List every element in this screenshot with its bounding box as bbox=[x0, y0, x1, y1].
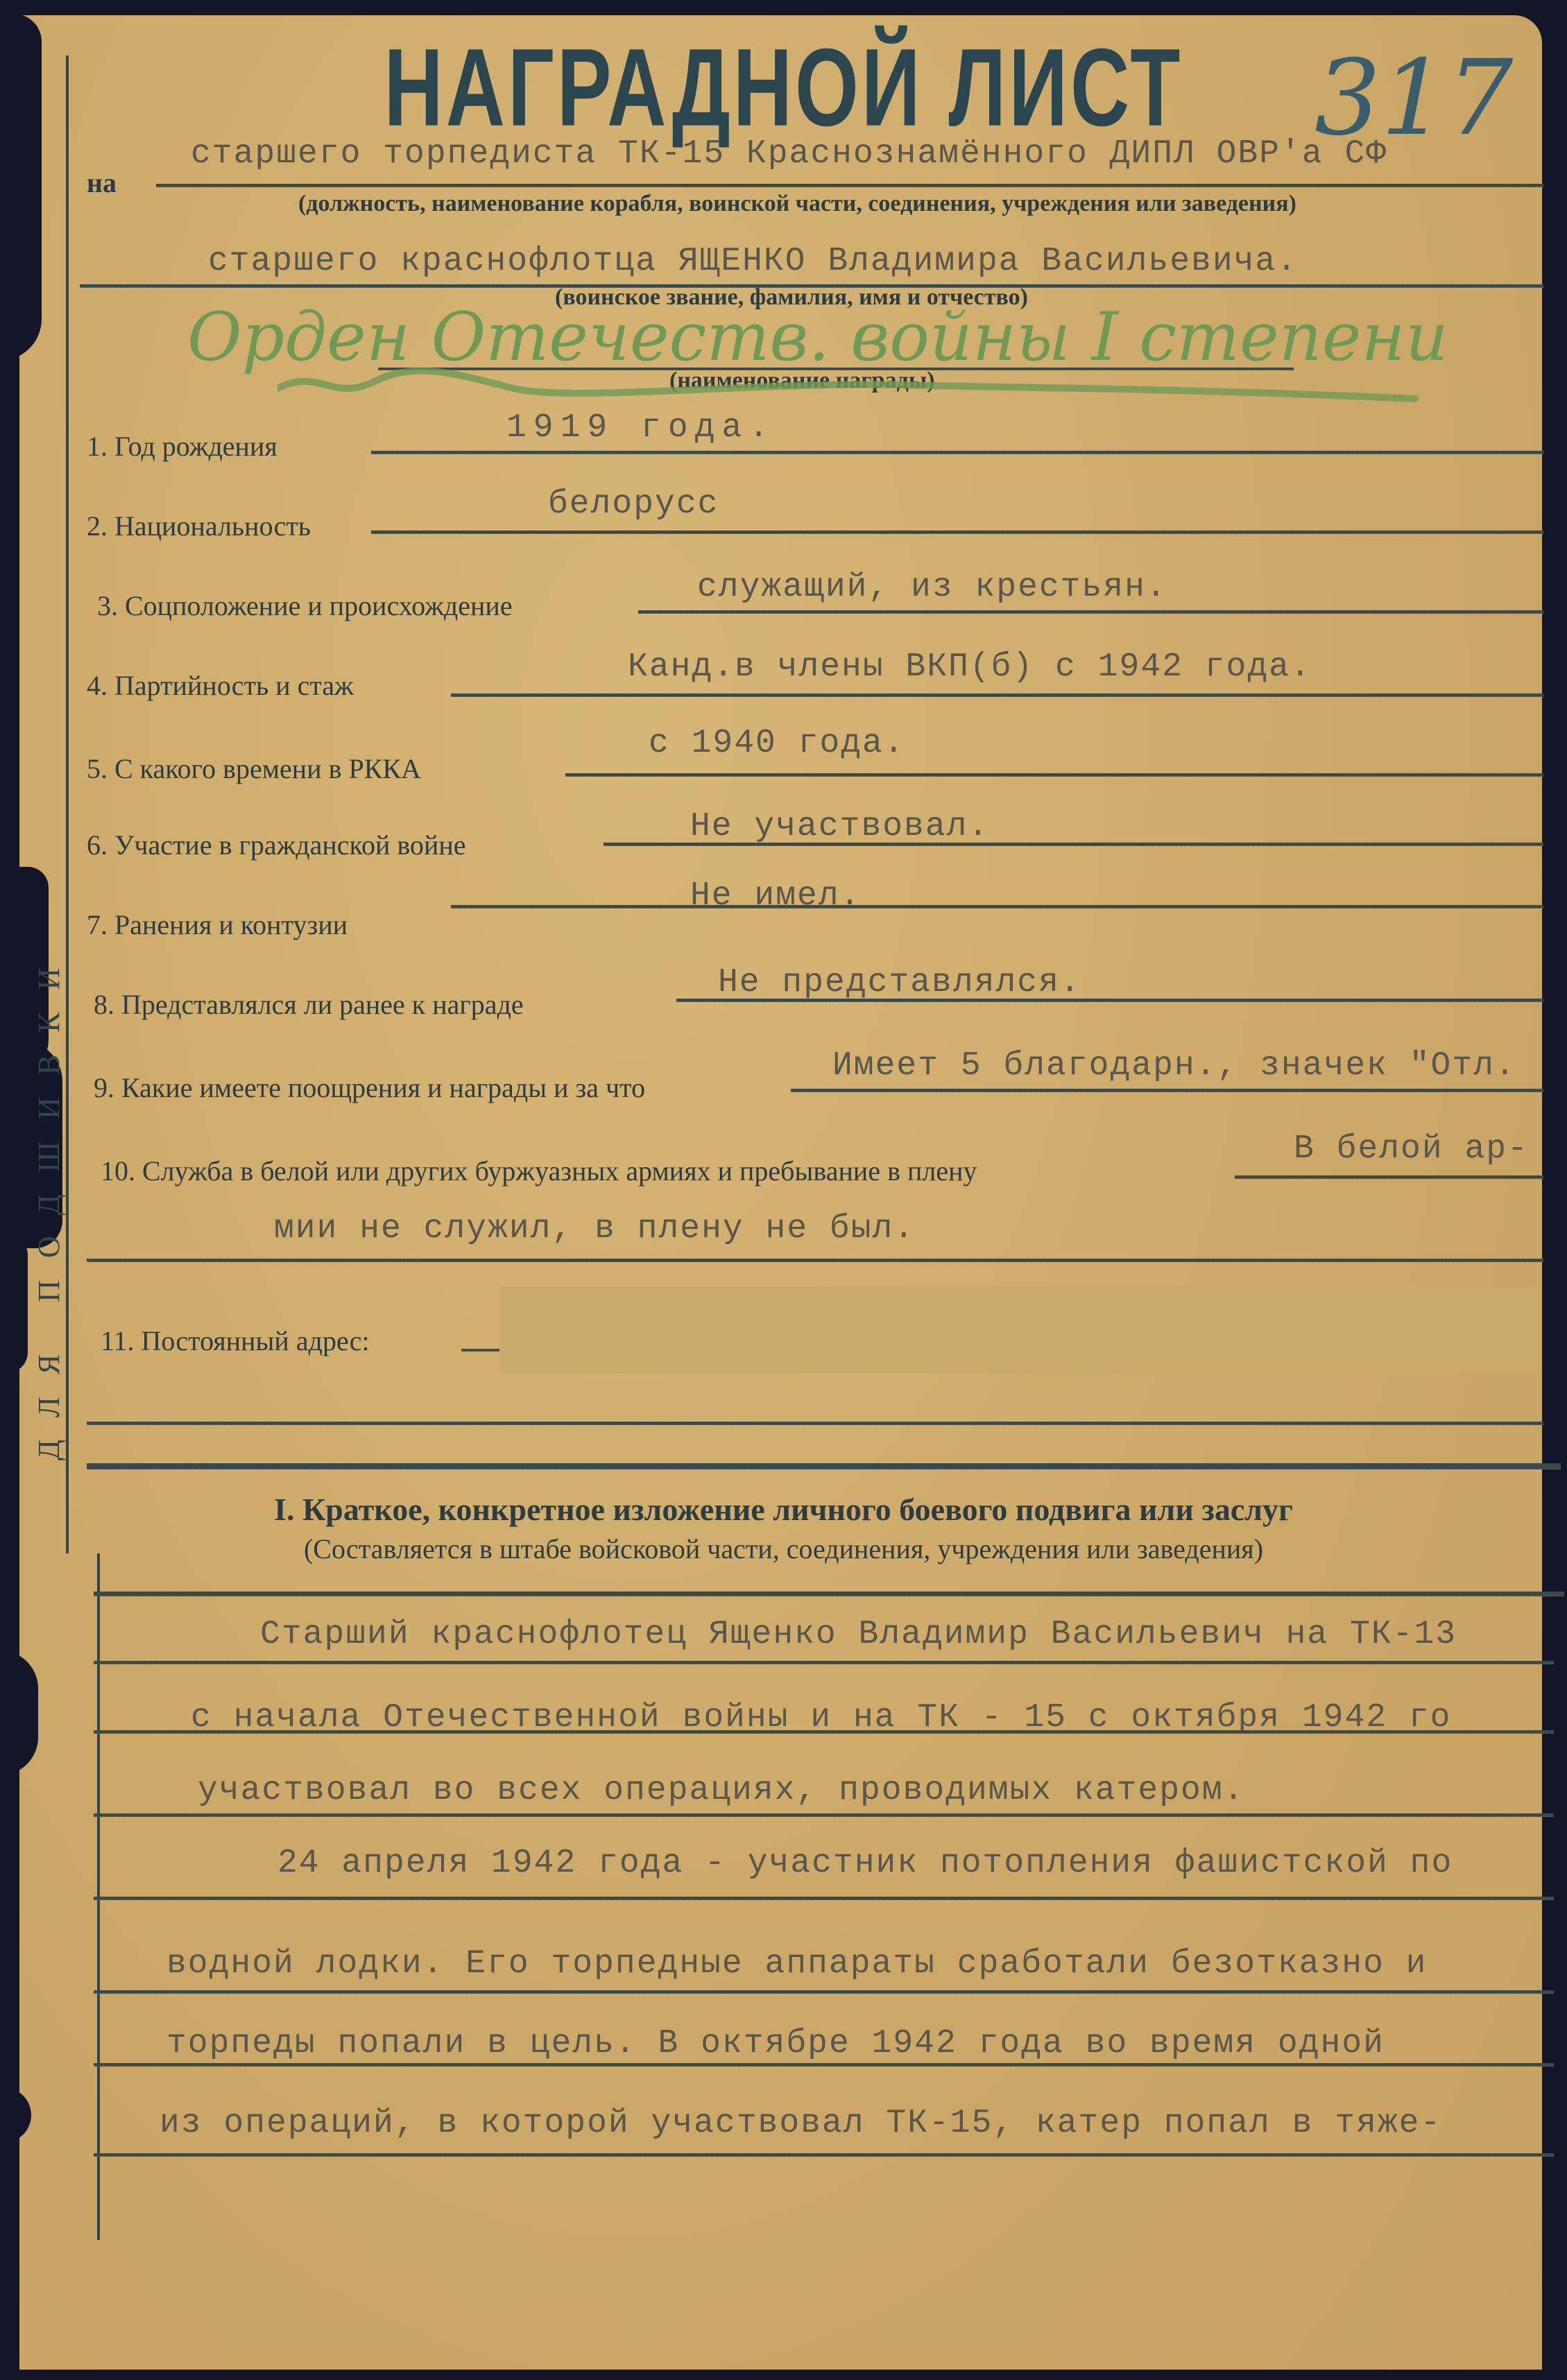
position-caption: (должность, наименование корабля, воинск… bbox=[298, 191, 1296, 217]
narrative-underline bbox=[94, 1813, 1554, 1817]
field-underline bbox=[791, 1089, 1543, 1092]
torn-edge bbox=[0, 1650, 38, 1775]
field-value-prior-awards: Имеет 5 благодарн., значек "Отл. bbox=[832, 1047, 1516, 1085]
field-label-rkka-since: 5. С какого времени в РККА bbox=[87, 752, 421, 785]
narrative-underline bbox=[94, 1897, 1554, 1900]
field-label-nationality: 2. Национальность bbox=[87, 510, 311, 542]
field-underline bbox=[87, 1422, 1543, 1425]
na-label: на bbox=[87, 166, 117, 199]
field-label-address: 11. Постоянный адрес: bbox=[101, 1325, 370, 1357]
field-underline bbox=[451, 693, 1543, 697]
binding-label: ДЛЯ ПОДШИВКИ bbox=[31, 891, 73, 1515]
field-label-social-origin: 3. Соцположение и происхождение bbox=[97, 589, 513, 622]
narrative-line: 24 апреля 1942 года - участник потоплени… bbox=[277, 1845, 1453, 1882]
section1-title: I. Краткое, конкретное изложение личного… bbox=[0, 1491, 1567, 1528]
field-label-prior-awards: 9. Какие имеете поощрения и награды и за… bbox=[94, 1071, 645, 1104]
field-underline bbox=[676, 999, 1543, 1002]
field-underline bbox=[371, 451, 1543, 454]
field-value-party: Канд.в члены ВКП(б) с 1942 года. bbox=[628, 648, 1312, 686]
field-label-birth-year: 1. Год рождения bbox=[87, 430, 277, 463]
field-underline bbox=[371, 531, 1543, 534]
field-underline bbox=[87, 1259, 1543, 1262]
position-underline bbox=[156, 184, 1543, 187]
field-value-social-origin: служащий, из крестьян. bbox=[697, 569, 1167, 606]
field-value-civil-war: Не участвовал. bbox=[690, 808, 989, 845]
field-value-prior-nomination: Не представлялся. bbox=[718, 964, 1081, 1001]
narrative-line: из операций, в которой участвовал ТК-15,… bbox=[160, 2105, 1441, 2142]
narrative-underline bbox=[94, 1661, 1554, 1664]
field-underline bbox=[638, 610, 1543, 614]
field-underline bbox=[565, 773, 1543, 777]
torn-edge bbox=[0, 1234, 28, 1373]
narrative-underline bbox=[94, 1730, 1554, 1734]
narrative-line: участвовал во всех операциях, проводимых… bbox=[198, 1772, 1244, 1809]
narrative-underline bbox=[94, 2153, 1554, 2157]
field-value-nationality: белорусс bbox=[548, 485, 719, 523]
section-divider bbox=[87, 1463, 1561, 1469]
narrative-line: водной лодки. Его торпедные аппараты сра… bbox=[166, 1945, 1427, 1983]
field-underline bbox=[1235, 1175, 1543, 1179]
field-value-wounds: Не имел. bbox=[690, 877, 861, 915]
green-pencil-stroke bbox=[277, 361, 1457, 409]
field-value-birth-year: 1919 года. bbox=[506, 409, 776, 447]
section-divider bbox=[94, 1592, 1564, 1596]
field-underline bbox=[603, 843, 1543, 846]
address-redaction bbox=[499, 1286, 1540, 1373]
field-label-prior-nomination: 8. Представлялся ли ранее к награде bbox=[94, 988, 524, 1021]
field-label-wounds: 7. Ранения и контузии bbox=[87, 908, 348, 941]
narrative-underline bbox=[94, 1990, 1554, 1994]
section1-subtitle: (Составляется в штабе войсковой части, с… bbox=[0, 1533, 1567, 1565]
position-value: старшего торпедиста ТК-15 Краснознамённо… bbox=[191, 135, 1387, 173]
field-label-party: 4. Партийность и стаж bbox=[87, 669, 354, 702]
field-value-rkka-since: с 1940 года. bbox=[649, 725, 905, 762]
field-value-white-army: В белой ар- bbox=[1294, 1130, 1529, 1168]
narrative-line: Старший краснофлотец Ященко Владимир Вас… bbox=[260, 1616, 1457, 1653]
field-label-white-army: 10. Служба в белой или других буржуазных… bbox=[101, 1155, 977, 1187]
field-underline bbox=[451, 905, 1543, 908]
field-label-civil-war: 6. Участие в гражданской войне bbox=[87, 829, 466, 861]
narrative-line: торпеды попали в цель. В октябре 1942 го… bbox=[166, 2025, 1385, 2062]
narrative-underline bbox=[94, 2063, 1554, 2067]
field-underline bbox=[461, 1349, 503, 1352]
field-value-white-army-cont: мии не служил, в плену не был. bbox=[274, 1210, 915, 1248]
name-value: старшего краснофлотца ЯЩЕНКО Владимира В… bbox=[208, 243, 1298, 280]
